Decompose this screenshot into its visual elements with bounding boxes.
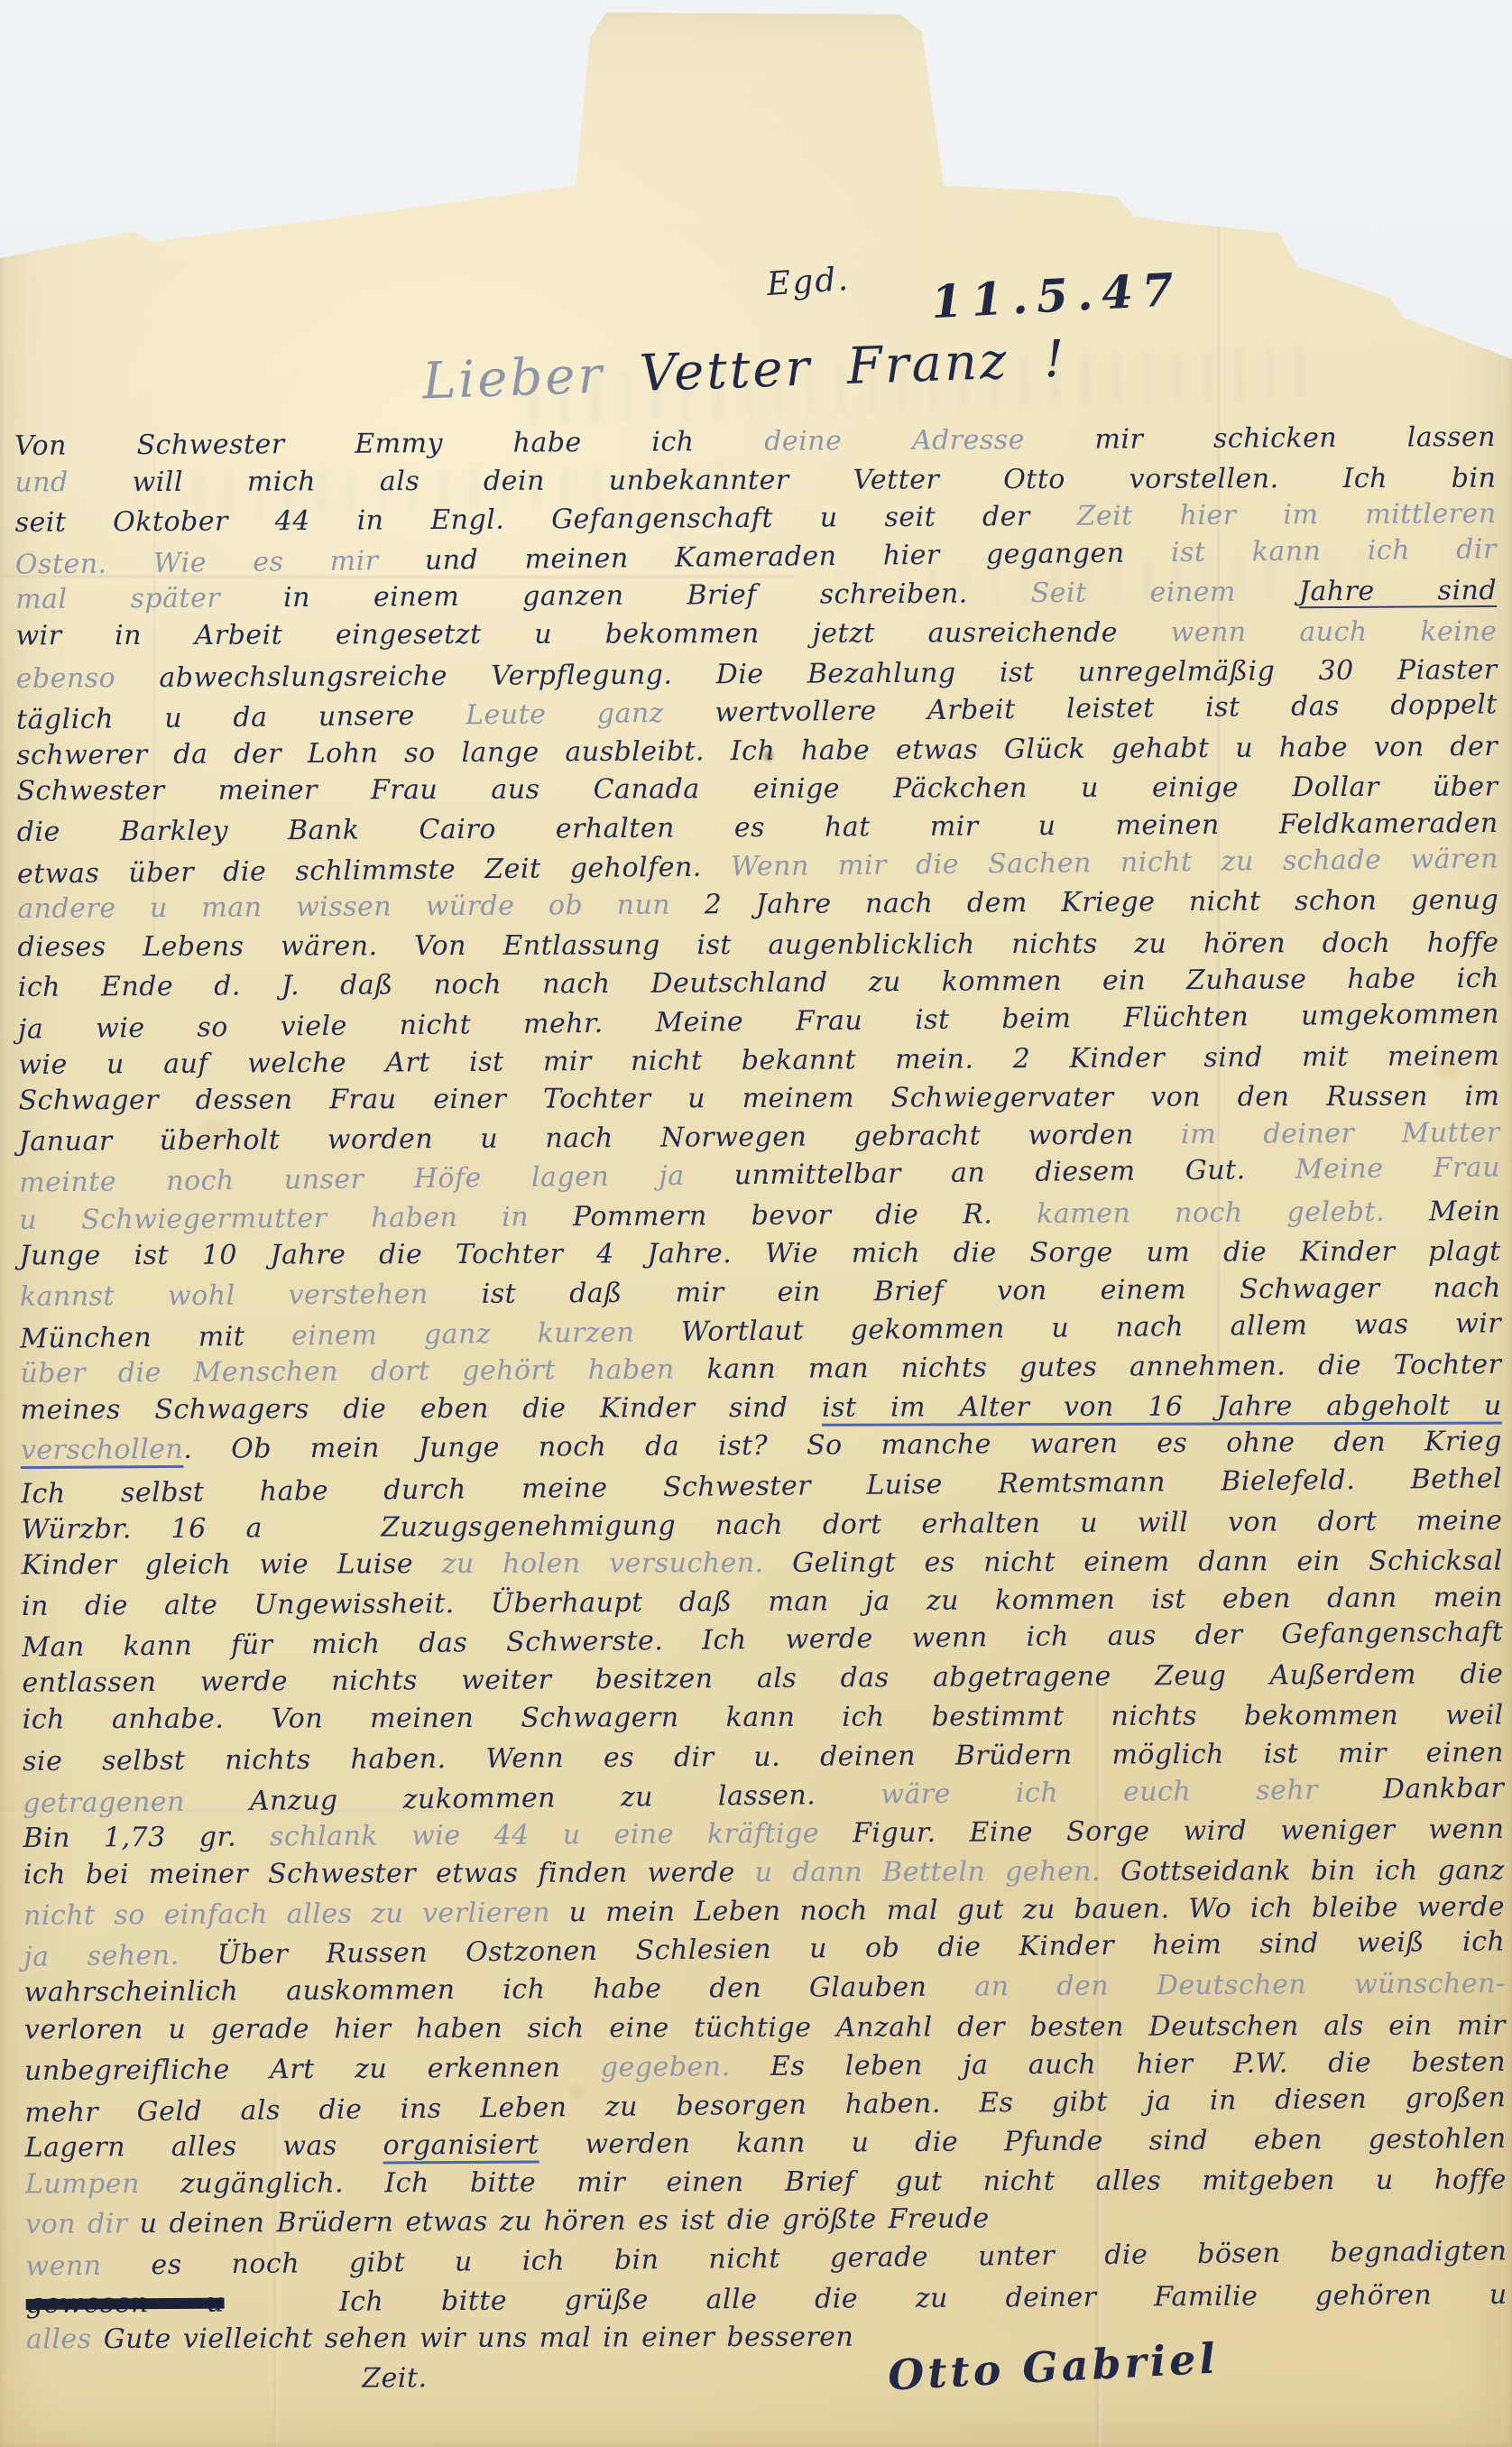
handwriting-segment: kann man nichts gutes annehmen. die Toch… [706,1349,1501,1385]
handwriting-segment: Wortlaut gekommen u nach allem was wir [681,1307,1502,1348]
handwriting-segment: Seit einem [1031,577,1299,610]
handwriting-segment: Junge ist 10 Jahre die Tochter 4 Jahre. … [20,1236,1501,1272]
handwriting-segment: wenn [25,2249,151,2282]
handwriting-segment: Zeit. [362,2362,428,2394]
handwriting-segment: wertvollere Arbeit leistet ist das doppe… [715,689,1498,729]
handwriting-line: und will mich als dein unbekannter Vette… [14,459,1496,502]
handwriting-segment: Dankbar [1383,1772,1505,1805]
handwriting-segment: will mich als dein unbekannter Vetter Ot… [132,462,1496,497]
handwriting-segment: ich anhabe. Von meinen Schwagern kann ic… [23,1699,1504,1735]
handwriting-segment: Gute vielleicht sehen wir uns mal in ein… [104,2322,854,2355]
handwriting-segment: unbegreifliche Art zu erkennen [24,2052,601,2087]
handwriting-segment: von dir [25,2209,140,2241]
handwriting-segment: Gottseidank bin ich ganz [1120,1854,1505,1887]
handwriting-segment: Mein [1429,1196,1501,1227]
handwriting-line: dieses Lebens wären. Von Entlassung ist … [17,924,1498,966]
handwriting-segment: u Schwiegermutter haben in [19,1201,573,1236]
handwriting-segment: Von Schwester Emmy habe ich [14,426,764,462]
handwriting-segment: werden kann u die Pfunde sind eben gesto… [539,2123,1506,2161]
handwriting-line: Kinder gleich wie Luise zu holen versuch… [22,1543,1503,1585]
handwriting-segment: Schwager dessen Frau einer Tochter u mei… [19,1081,1500,1117]
handwriting-segment: gegeben. [601,2051,770,2083]
handwriting-segment: meines Schwagers die eben die Kinder sin… [21,1392,822,1427]
handwriting-segment: ebenso [16,662,160,695]
handwriting-segment: wir in Arbeit eingesetzt u bekommen jetz… [15,617,1170,652]
handwriting-segment: organisiert [383,2129,539,2162]
letter-paper: Egd. 11.5.47 Lieber Vetter Franz ! Von S… [0,0,1512,2447]
handwriting-segment: Würzbr. 16 a [21,1511,381,1545]
handwriting-segment: zu holen versuchen. [442,1547,793,1580]
handwriting-line: alles Gute vielleicht sehen wir uns mal … [26,2317,1507,2359]
handwriting-line: ich anhabe. Von meinen Schwagern kann ic… [23,1696,1504,1739]
handwriting-segment: meinte noch unser Höfe lagen ja [19,1160,734,1199]
handwriting-segment: Bin 1,73 gr. [23,1822,270,1855]
handwriting-segment: wenn auch keine [1171,616,1498,649]
handwriting-line: Schwester meiner Frau aus Canada einige … [16,769,1498,811]
handwriting-segment: alles [26,2323,104,2355]
handwriting-segment: ist im Alter von 16 Jahre abgeholt u [822,1390,1502,1423]
handwriting-segment: verloren u gerade hier haben sich eine t… [24,2010,1506,2046]
handwriting-line: wir in Arbeit eingesetzt u bekommen jetz… [15,614,1497,656]
handwriting-segment: Schwester meiner Frau aus Canada einige … [16,771,1498,808]
handwriting-segment: in einem ganzen Brief schreiben. [283,577,1031,614]
handwriting-segment: täglich u da unsere [16,700,466,736]
handwriting-segment: Figur. Eine Sorge wird weniger wenn [853,1814,1505,1849]
handwriting-segment: Meine Frau [1295,1152,1501,1186]
handwriting-segment: Pommern bevor die R. [573,1198,1037,1233]
handwriting-segment: Lumpen [25,2168,180,2201]
salutation: Lieber Vetter Franz ! [421,330,1068,411]
handwriting-line: ich bei meiner Schwester etwas finden we… [23,1851,1505,1894]
handwriting-segment: über die Menschen dort gehört haben [20,1354,706,1390]
handwriting-segment: Kinder gleich wie Luise [22,1548,442,1581]
handwriting-segment: wäre ich euch sehr [880,1774,1383,1811]
handwriting-segment: Lagern alles was [25,2130,383,2164]
handwriting-line: Von Schwester Emmy habe ich deine Adress… [14,419,1496,466]
handwriting-segment: einem ganz kurzen [291,1316,681,1353]
handwriting-segment: unmittelbar an diesem Gut. [734,1154,1295,1192]
handwriting-segment: München mit [20,1320,291,1354]
handwriting-segment: Es leben ja auch hier P.W. die besten [770,2046,1506,2082]
handwriting-segment: zugänglich. Ich bitte mir einen Brief gu… [180,2164,1507,2199]
handwriting-segment: 2 Jahre nach dem Kriege nicht schon genu… [705,884,1499,920]
handwriting-segment: andere u man wissen würde ob nun [17,889,705,925]
handwriting-segment: verschollen [21,1434,184,1466]
handwriting-line: Schwager dessen Frau einer Tochter u mei… [19,1078,1500,1121]
handwriting-segment: und meinen Kameraden hier gegangen [425,537,1171,577]
handwriting-segment: etwas über die schlimmste Zeit geholfen. [17,851,731,890]
handwriting-line: meines Schwagers die eben die Kinder sin… [21,1387,1502,1429]
handwriting-line: Junge ist 10 Jahre die Tochter 4 Jahre. … [20,1233,1501,1276]
handwriting-segment: nicht so einfach alles zu verlieren [23,1897,569,1932]
handwriting-segment: deine Adresse [764,424,1095,457]
handwriting-segment: Anzug zukommen zu lassen. [250,1778,881,1816]
handwriting-segment: kamen noch gelebt. [1037,1196,1429,1230]
handwriting-segment: getragenen [23,1786,250,1820]
handwriting-segment: dieses Lebens wären. Von Entlassung ist … [17,927,1498,963]
handwriting-segment: schlank wie 44 u eine kräftige [270,1818,853,1853]
handwriting-segment: . Ob mein Junge noch da ist? So manche w… [183,1426,1502,1465]
handwriting-segment: ist kann ich dir [1171,533,1497,568]
date-annotation: Egd. [766,261,851,303]
handwriting-segment: Vetter Franz ! [639,330,1068,404]
handwriting-segment: Lieber [421,345,641,411]
handwriting-segment: Gelingt es nicht einem dann ein Schicksa… [792,1546,1503,1579]
handwriting-segment: Leute ganz [466,697,715,732]
handwriting-segment: an den Deutschen wünschen- [974,1968,1505,2003]
handwriting-segment: Wenn mir die Sachen nicht zu schade wäre… [731,843,1498,882]
handwriting-segment: ich bei meiner Schwester etwas finden we… [23,1857,755,1890]
handwriting-line: verloren u gerade hier haben sich eine t… [24,2008,1506,2050]
letter-date: 11.5.47 [930,263,1184,329]
handwriting-segment: Januar überholt worden u nach Norwegen g… [19,1119,1181,1158]
handwriting-segment: und [14,466,132,498]
handwriting-line: Lumpen zugänglich. Ich bitte mir einen B… [25,2161,1507,2203]
handwriting-line: Zeit. [26,2353,1507,2401]
handwriting-segment: wahrscheinlich auskommen ich habe den Gl… [23,1971,974,2008]
handwriting-segment: u dann Betteln gehen. [755,1856,1120,1888]
handwriting-segment: mir schicken lassen [1094,421,1496,456]
handwriting-segment: Zuzugsgenehmigung nach dort erhalten u w… [381,1505,1502,1544]
handwriting-segment: u mein Leben noch mal gut zu bauen. Wo i… [569,1891,1506,1928]
letter-body: Von Schwester Emmy habe ich deine Adress… [14,419,1507,2400]
handwriting-segment: ist daß mir ein Brief von einem Schwager… [482,1272,1501,1310]
handwriting-segment: ja sehen. [23,1939,217,1972]
handwriting-segment: u deinen Brüdern etwas zu hören es ist d… [140,2203,990,2240]
handwriting-segment: Jahre sind [1299,575,1497,607]
handwriting-segment: im deiner Mutter [1181,1117,1500,1150]
handwriting-segment: kannst wohl verstehen [20,1279,482,1313]
scanned-letter-page: { "letter": { "date_annotation": "Egd.",… [0,0,1512,2447]
handwriting-segment: Zeit hier im mittleren [1076,498,1496,532]
handwriting-segment: Ich bitte grüße alle die zu deiner Famil… [224,2278,1507,2318]
handwriting-segment: mal später [15,583,283,616]
handwriting-segment: gewesen u [26,2286,225,2319]
handwriting-segment: Osten. Wie es mir [15,545,425,581]
handwriting-segment: seit Oktober 44 in Engl. Gefangenschaft … [15,501,1077,539]
